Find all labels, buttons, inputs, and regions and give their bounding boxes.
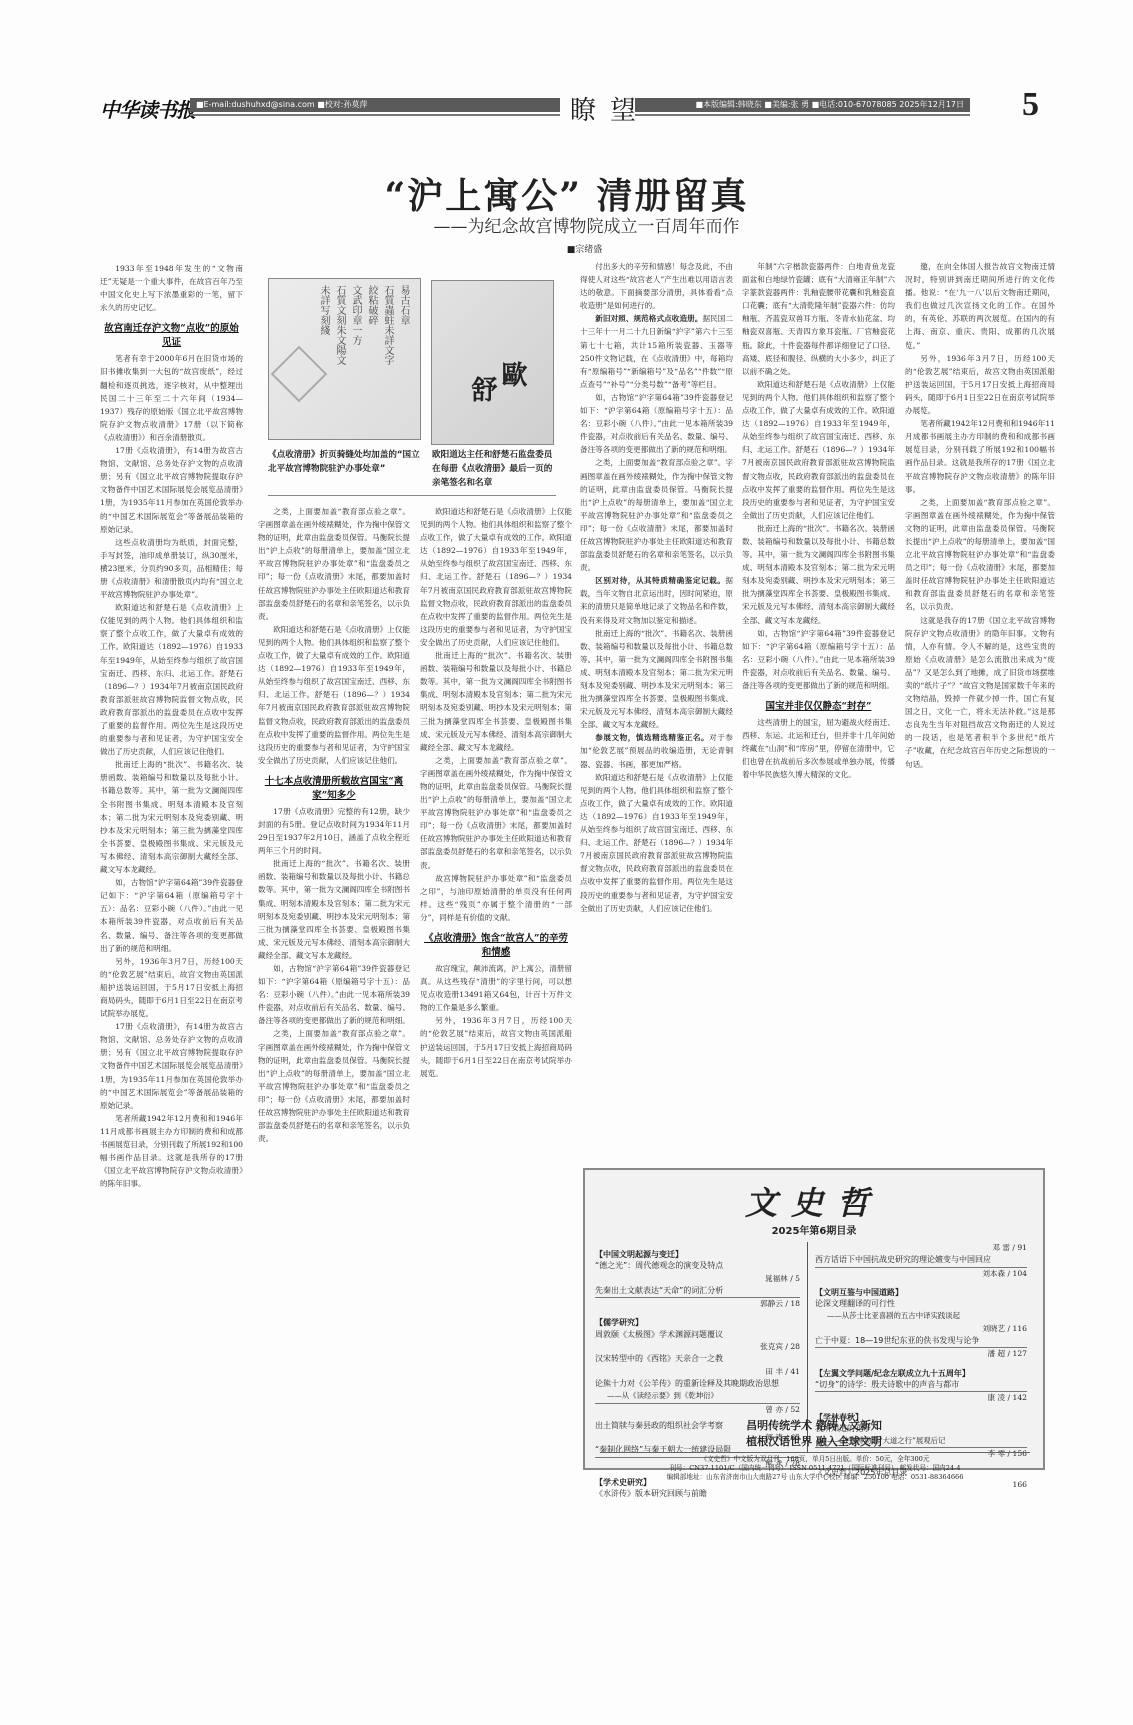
paragraph: 欧阳道达和舒楚石是《点收清册》上仅能见到的两个人物。他们具体组织和监察了整个点收… [258, 623, 410, 767]
toc-author: 刘本森 / 104 [815, 1267, 1027, 1280]
article-column-5: 年制”六字楷款瓷器两件：白地青鱼龙瓷面盆和白地绿竹瓷罐；底有“大清雍正年制”六字… [742, 260, 895, 1160]
masthead: 中华读书报 ■E-mail:dushuhxd@sina.com ■校对:孙莫萍 … [100, 92, 1045, 128]
paragraph: 批南迁上海的“批次”、书籍名次、装册函数、装箱编号和数量以及每批小计、书籍总数等… [580, 627, 733, 732]
footer-line: 编辑部地址：山东省济南市山大南路27号 山东大学中心校区 邮编：250100 电… [600, 1473, 1030, 1482]
toc-subtitle: ——从莎士比亚喜剧的五古中译实践谈起 [815, 1310, 1027, 1322]
paragraph: 批南迁上海的“批次”、书籍名次、装册函数、装箱编号和数量以及每批小计、书籍总数等… [100, 758, 243, 876]
toc-title: “德之光”：周代德观念的演变及特点 [595, 1260, 800, 1272]
paragraph: 新旧对照、规范格式点收造册。据民国二十三年十一月二十九日新编“沪字”第六十三至第… [580, 312, 733, 391]
section-heading: 十七本点收清册所载故宫国宝“离家”知多少 [258, 775, 410, 803]
paragraph: 另外，1936年3月7日，历经100天的“伦敦艺展”结束后，故宫文物由英国派船护… [100, 955, 243, 1020]
handwritten-text: 易古石章 [396, 285, 410, 325]
toc-title: 汉宋转型中的《西铭》天亲合一之教 [595, 1353, 800, 1365]
toc-title: 论熊十力对《公羊传》的重新诠释及其晚期政治思想 [595, 1378, 800, 1390]
slogan: 昌明传统学术 镕铸人文新知 [583, 1418, 1045, 1434]
intro-paragraph: 1933年至1948年发生的“文物南迁”无疑是一个重大事件，在故宫百年乃至中国文… [100, 262, 243, 314]
toc-title: “切身”的诗学：殷夫诗歌中的声音与都市 [815, 1379, 1027, 1391]
signature-shu: 舒 [464, 376, 501, 402]
paragraph: 17册《点收清册》，有14册为故宫古物馆、文献馆、总务处存沪文物的点收清册；另有… [100, 1020, 243, 1112]
article-column-4: 付出多大的辛劳和情感！每念及此，不由得使人对这些“故宫老人”产生出难以用语言表达… [580, 260, 733, 1160]
toc-author: 晁福林 / 5 [595, 1273, 800, 1285]
paragraph: 之类，上面要加盖“教育部点验之章”。字画图章盖在画外绫裱糊处，作为掬中保管文物的… [258, 1027, 410, 1145]
handwritten-text: 石質蟲蛀未詳文字 [380, 285, 394, 365]
paragraph: 这些点收清册均为纸质，封面完整，手写封签，油印成单册装订，纵30厘米，横23厘米… [100, 536, 243, 601]
editor-bar: ■本版编辑:韩晓东 ■美编:张 勇 ■电话:010-67078085 2025年… [635, 98, 970, 112]
paragraph: 付出多大的辛劳和情感！每念及此，不由得使人对这些“故宫老人”产生出难以用语言表达… [580, 260, 733, 312]
toc-title: 先秦出土文献表达“天命”的词汇分析 [595, 1285, 800, 1297]
issue-title: 2025年第6期目录 [585, 1222, 1043, 1237]
toc-section: 【文明互鉴与中国道路】 [815, 1286, 1027, 1298]
paragraph: 参展文物，慎选精选精鉴正名。对于参加“伦敦艺展”预展品的收编造册，无论青铜器、瓷… [580, 731, 733, 770]
toc-author: 潘 超 / 127 [815, 1347, 1027, 1360]
paragraph: 这些清册上的国宝，屈为避战火经南迁、西移、东运、北运和迁台，但并非十几年间始终藏… [742, 716, 895, 781]
closing-paragraph: 这就是我存的17册《国立北平故宫博物院存沪文物点收清册》的隐年旧事。文物有情，人… [905, 614, 1055, 771]
article-subheadline: ——为纪念故宫博物院成立一百周年而作 [0, 212, 1133, 237]
article-column-1: 1933年至1948年发生的“文物南迁”无疑是一个重大事件，在故宫百年乃至中国文… [100, 262, 243, 1722]
photo-caption: 《点收清册》折页骑缝处均加盖的“国立北平故宫博物院驻沪办事处章” [268, 448, 423, 476]
paragraph: 欧阳道达和舒楚石是《点收清册》上仅能见到的两个人物。他们具体组织和监察了整个点收… [742, 378, 895, 522]
toc-author: 田 丰 / 41 [595, 1366, 800, 1378]
toc-title: 西方话语下中国抗战史研究的理论嬗变与中国回应 [815, 1254, 1027, 1266]
contact-bar: ■E-mail:dushuhxd@sina.com ■校对:孙莫萍 [190, 98, 560, 112]
ledger-page-photo: 易古石章 石質蟲蛀未詳文字 絞粘破碎 文武印章一方 石質文刻朱文陽文 未詳写刻綫 [268, 278, 421, 440]
paragraph: 之类，上面要加盖“教育部点验之章”。字画图章盖在画外绫裱糊处，作为掬中保管文物的… [258, 505, 410, 623]
lead-in: 区别对待，从其特质精确鉴定记载。 [595, 576, 725, 585]
paragraph: 区别对待，从其特质精确鉴定记载。据载，当年文物自北京运出时，因时间紧迫，原来的清… [580, 574, 733, 626]
paragraph: 如，古物馆“沪字第64箱”39件瓷器登记如下：“沪字第64箱（原编箱号字十五）：… [742, 627, 895, 692]
toc-author: 郭静云 / 18 [595, 1297, 800, 1310]
section-heading: 故宫南迁存沪文物“点收”的原始见证 [100, 322, 243, 350]
slogan: 植根汉语世界 融入全球文明 [583, 1434, 1045, 1450]
handwritten-text: 絞粘破碎 [364, 285, 378, 325]
lead-in: 新旧对照、规范格式点收造册。 [595, 314, 702, 323]
paragraph: 如，古物馆“沪字第64箱”39件瓷器登记如下：“沪字第64箱（原编箱号字十五）：… [258, 962, 410, 1027]
page-number: 5 [1022, 86, 1039, 124]
section-heading: 国宝并非仅仅静态“封存” [742, 700, 895, 714]
paragraph: 年制”六字楷款瓷器两件：白地青鱼龙瓷面盆和白地绿竹瓷罐；底有“大清雍正年制”六字… [742, 260, 895, 378]
handwritten-text: 文武印章一方 [348, 285, 362, 345]
divider [190, 114, 560, 116]
paragraph: 如，古物馆“沪字第64箱”39件瓷器登记如下：“沪字第64箱（原编箱号字十五）：… [100, 876, 243, 955]
paragraph: 邀，在向全体国人报告故宫文物南迁情况时，特别讲到南迁期间所进行的文化传播。他说：… [905, 260, 1055, 352]
byline: ■宗绪盛 [0, 242, 1133, 255]
paragraph: 批南迁上海的“批次”、书籍名次、装册函数、装箱编号和数量以及每批小计、书籍总数等… [420, 649, 572, 754]
toc-author: 康 凌 / 142 [815, 1391, 1027, 1404]
footer-line: 刊号：CN37-1101/C（国内统一刊号） ISSN 0511-4721（国际… [600, 1464, 1030, 1473]
toc-author: 刘晓艺 / 116 [815, 1323, 1027, 1335]
paragraph: 批南迁上海的“批次”、书籍名次、装册函数、装箱编号和数量以及每批小计、书籍总数等… [742, 522, 895, 627]
paragraph: 笔者所藏1942年12月费和和1946年11月成都书画展主办方印制的费和和成都书… [905, 417, 1055, 496]
divider [635, 114, 970, 116]
toc-author: 张克宾 / 28 [595, 1341, 800, 1353]
handwritten-text: 石質文刻朱文陽文 [332, 285, 346, 365]
toc-section: 【中国文明起源与变迁】 [595, 1248, 800, 1260]
paragraph: 笔者有幸于2000年6月在旧货市场的旧书摊收集到一大包的“故宫废纸”，经过翻检和… [100, 352, 243, 444]
lead-in: 参展文物，慎选精选精鉴正名。 [595, 733, 709, 742]
paragraph: 另外，1936年3月7日，历经100天的“伦敦艺展”结束后，故宫文物由英国派船护… [905, 352, 1055, 417]
paragraph: 17册《点收清册》，有14册为故宫古物馆、文献馆、总务处存沪文物的点收清册；另有… [100, 444, 243, 536]
paragraph: 之类，上面要加盖“教育部点验之章”。字画图章盖在画外绫裱糊处，作为掬中保管文物的… [580, 456, 733, 574]
article-column-2: 之类，上面要加盖“教育部点验之章”。字画图章盖在画外绫裱糊处，作为掬中保管文物的… [258, 505, 410, 1720]
article-column-3: 欧阳道达和舒楚石是《点收清册》上仅能见到的两个人物。他们具体组织和监察了整个点收… [420, 505, 572, 1720]
paragraph: 欧阳道达和舒楚石是《点收清册》上仅能见到的两个人物。他们具体组织和监察了整个点收… [580, 771, 733, 915]
seal-stamp-icon [271, 346, 328, 403]
toc-title: 《水浒传》版本研究回顾与前瞻 [595, 1488, 800, 1500]
toc-title: 论深文理翻译的可行性 [815, 1298, 1027, 1310]
toc-footer: 《文史哲》中文版为双月刊，168页，单月5日出版。单价：50元，全年300元 刊… [600, 1452, 1030, 1482]
section-heading: 《点收清册》饱含“故宫人”的辛劳和情感 [420, 932, 572, 960]
newspaper-logo: 中华读书报 [100, 94, 195, 123]
paragraph: 欧阳道达和舒楚石是《点收清册》上仅能见到的两个人物。他们具体组织和监察了整个点收… [420, 505, 572, 649]
toc-slogans: 昌明传统学术 镕铸人文新知 植根汉语世界 融入全球文明 [583, 1418, 1045, 1450]
paragraph: 故宫博物院驻沪办事处章”和“监盘委员之印”，与油印原始清册的单页没有任何两样。这… [420, 872, 572, 924]
paragraph: 批南迁上海的“批次”、书籍名次、装册函数、装箱编号和数量以及每批小计、书籍总数等… [258, 857, 410, 962]
paragraph: 欧阳道达和舒楚石是《点收清册》上仅能见到的两个人物。他们具体组织和监察了整个点收… [100, 601, 243, 758]
paragraph: 17册《点收清册》完整的有12册，缺少封面的有5册。登记点收时间为1934年11… [258, 805, 410, 857]
toc-section: 【左翼文学问题/纪念左联成立九十五周年】 [815, 1367, 1027, 1379]
paragraph: 如，古物馆“沪字第64箱”39件瓷器登记如下：“沪字第64箱（原编箱号字十五）：… [580, 391, 733, 456]
paragraph: 之类，上面要加盖“教育部点验之章”。字画图章盖在画外绫裱糊处，作为掬中保管文物的… [420, 754, 572, 872]
toc-author: 邓 雷 / 91 [815, 1242, 1027, 1254]
paragraph: 另外，1936年3月7日，历经100天的“伦敦艺展”结束后，故宫文物由英国派船护… [420, 1014, 572, 1079]
toc-section: 【儒学研究】 [595, 1316, 800, 1328]
signature-page-photo: 歐 舒 [431, 280, 554, 445]
divider [268, 495, 556, 496]
paragraph-text: 据民国二十三年十一月二十九日新编“沪字”第六十三至第七十七箱，共计15箱所装瓷器… [580, 314, 733, 388]
article-column-6: 邀，在向全体国人报告故宫文物南迁情况时，特别讲到南迁期间所进行的文化传播。他说：… [905, 260, 1055, 1160]
toc-subtitle: ——从《读经示要》到《乾坤衍》 [595, 1390, 800, 1402]
handwritten-text: 未詳写刻綫 [316, 285, 330, 335]
paragraph: 故宫瑰宝，颠沛流离，沪上寓公，清册留真。从这些残存“清册”的字里行间，可以想见点… [420, 962, 572, 1014]
toc-title: 周敦颐《太极图》学术渊源问题覆议 [595, 1329, 800, 1341]
journal-logo: 文史哲 [585, 1178, 1043, 1224]
footer-line: 《文史哲》中文版为双月刊，168页，单月5日出版。单价：50元，全年300元 [600, 1455, 1030, 1464]
toc-author: 曾 亦 / 52 [595, 1403, 800, 1416]
paragraph: 笔者所藏1942年12月费和和1946年11月成都书画展主办方印制的费和和成都书… [100, 1112, 243, 1191]
toc-title: 亡于中夏：18—19世纪东亚的佚书发现与论争 [815, 1335, 1027, 1347]
photo-caption: 欧阳道达主任和舒楚石监盘委员在每册《点收清册》最后一页的亲笔签名和名章 [432, 448, 554, 490]
paragraph: 之类，上面要加盖“教育部点验之章”。字画图章盖在画外绫裱糊处，作为掬中保管文物的… [905, 496, 1055, 614]
